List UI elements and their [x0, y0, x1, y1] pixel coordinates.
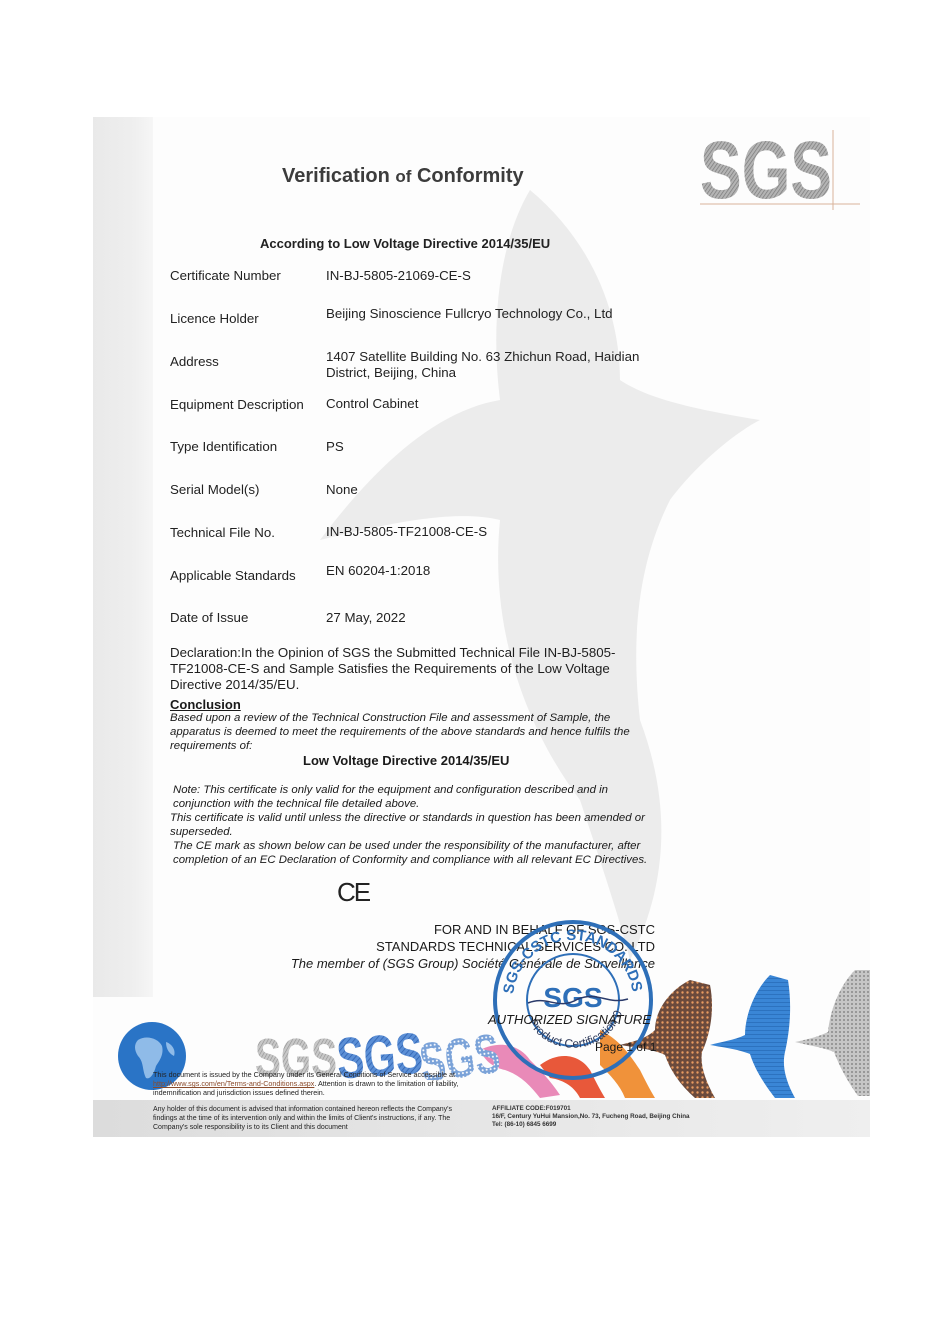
- field-value-type-identification: PS: [326, 439, 656, 455]
- note-validity-period: This certificate is valid until unless t…: [170, 811, 650, 839]
- document-title: Verification of Conformity: [282, 165, 524, 188]
- page-number: Page 1 of 1: [595, 1040, 656, 1054]
- affiliate-address: 16/F, Century YuHui Mansion,No. 73, Fuch…: [492, 1113, 792, 1121]
- terms-link[interactable]: http://www.sgs.com/en/Terms-and-Conditio…: [153, 1079, 314, 1088]
- declaration-text: Declaration:In the Opinion of SGS the Su…: [170, 645, 640, 693]
- field-label-serial-models: Serial Model(s): [170, 482, 259, 497]
- field-value-certificate-number: IN-BJ-5805-21069-CE-S: [326, 268, 656, 284]
- svg-text:SGS: SGS: [543, 982, 602, 1013]
- field-value-address: 1407 Satellite Building No. 63 Zhichun R…: [326, 349, 646, 381]
- scan-edge-strip: [93, 117, 153, 997]
- field-value-technical-file-no: IN-BJ-5805-TF21008-CE-S: [326, 524, 656, 540]
- conclusion-heading: Conclusion: [170, 697, 241, 712]
- svg-text:SGS: SGS: [700, 130, 832, 210]
- affiliate-info: AFFILIATE CODE:F019701 16/F, Century YuH…: [492, 1105, 792, 1129]
- directive-subtitle: According to Low Voltage Directive 2014/…: [260, 236, 550, 251]
- holder-notice: Any holder of this document is advised t…: [153, 1105, 473, 1132]
- ce-mark-icon: CE: [337, 877, 369, 908]
- field-label-address: Address: [170, 354, 219, 369]
- field-label-licence-holder: Licence Holder: [170, 311, 259, 326]
- note-ce-mark: The CE mark as shown below can be used u…: [170, 839, 650, 867]
- field-value-applicable-standards: EN 60204-1:2018: [326, 563, 656, 579]
- terms-text-pre: This document is issued by the Company u…: [153, 1070, 455, 1079]
- conclusion-directive: Low Voltage Directive 2014/35/EU: [303, 753, 509, 768]
- field-value-equipment-description: Control Cabinet: [326, 396, 656, 412]
- terms-notice: This document is issued by the Company u…: [153, 1070, 483, 1097]
- title-conformity: Conformity: [417, 165, 524, 187]
- field-label-date-of-issue: Date of Issue: [170, 610, 248, 625]
- affiliate-tel: Tel: (86-10) 6845 6699: [492, 1121, 792, 1129]
- affiliate-code: AFFILIATE CODE:F019701: [492, 1105, 792, 1113]
- field-label-certificate-number: Certificate Number: [170, 268, 281, 283]
- field-value-licence-holder: Beijing Sinoscience Fullcryo Technology …: [326, 306, 656, 322]
- title-verification: Verification: [282, 165, 390, 187]
- sgs-logo: SGS: [700, 130, 860, 210]
- field-value-serial-models: None: [326, 482, 656, 498]
- field-label-type-identification: Type Identification: [170, 439, 277, 454]
- field-label-applicable-standards: Applicable Standards: [170, 568, 296, 583]
- field-value-date-of-issue: 27 May, 2022: [326, 610, 656, 626]
- authorized-signature-label: AUTHORIZED SIGNATURE: [488, 1012, 651, 1027]
- field-label-equipment-description: Equipment Description: [170, 397, 304, 412]
- sgs-stamp: SGS-CSTC STANDARDS TECHNICAL SERVICES SG…: [488, 915, 658, 1085]
- notes: Note: This certificate is only valid for…: [170, 783, 650, 867]
- field-label-technical-file-no: Technical File No.: [170, 525, 275, 540]
- note-validity-scope: Note: This certificate is only valid for…: [170, 783, 650, 811]
- conclusion-body: Based upon a review of the Technical Con…: [170, 711, 645, 753]
- title-of: of: [395, 167, 411, 186]
